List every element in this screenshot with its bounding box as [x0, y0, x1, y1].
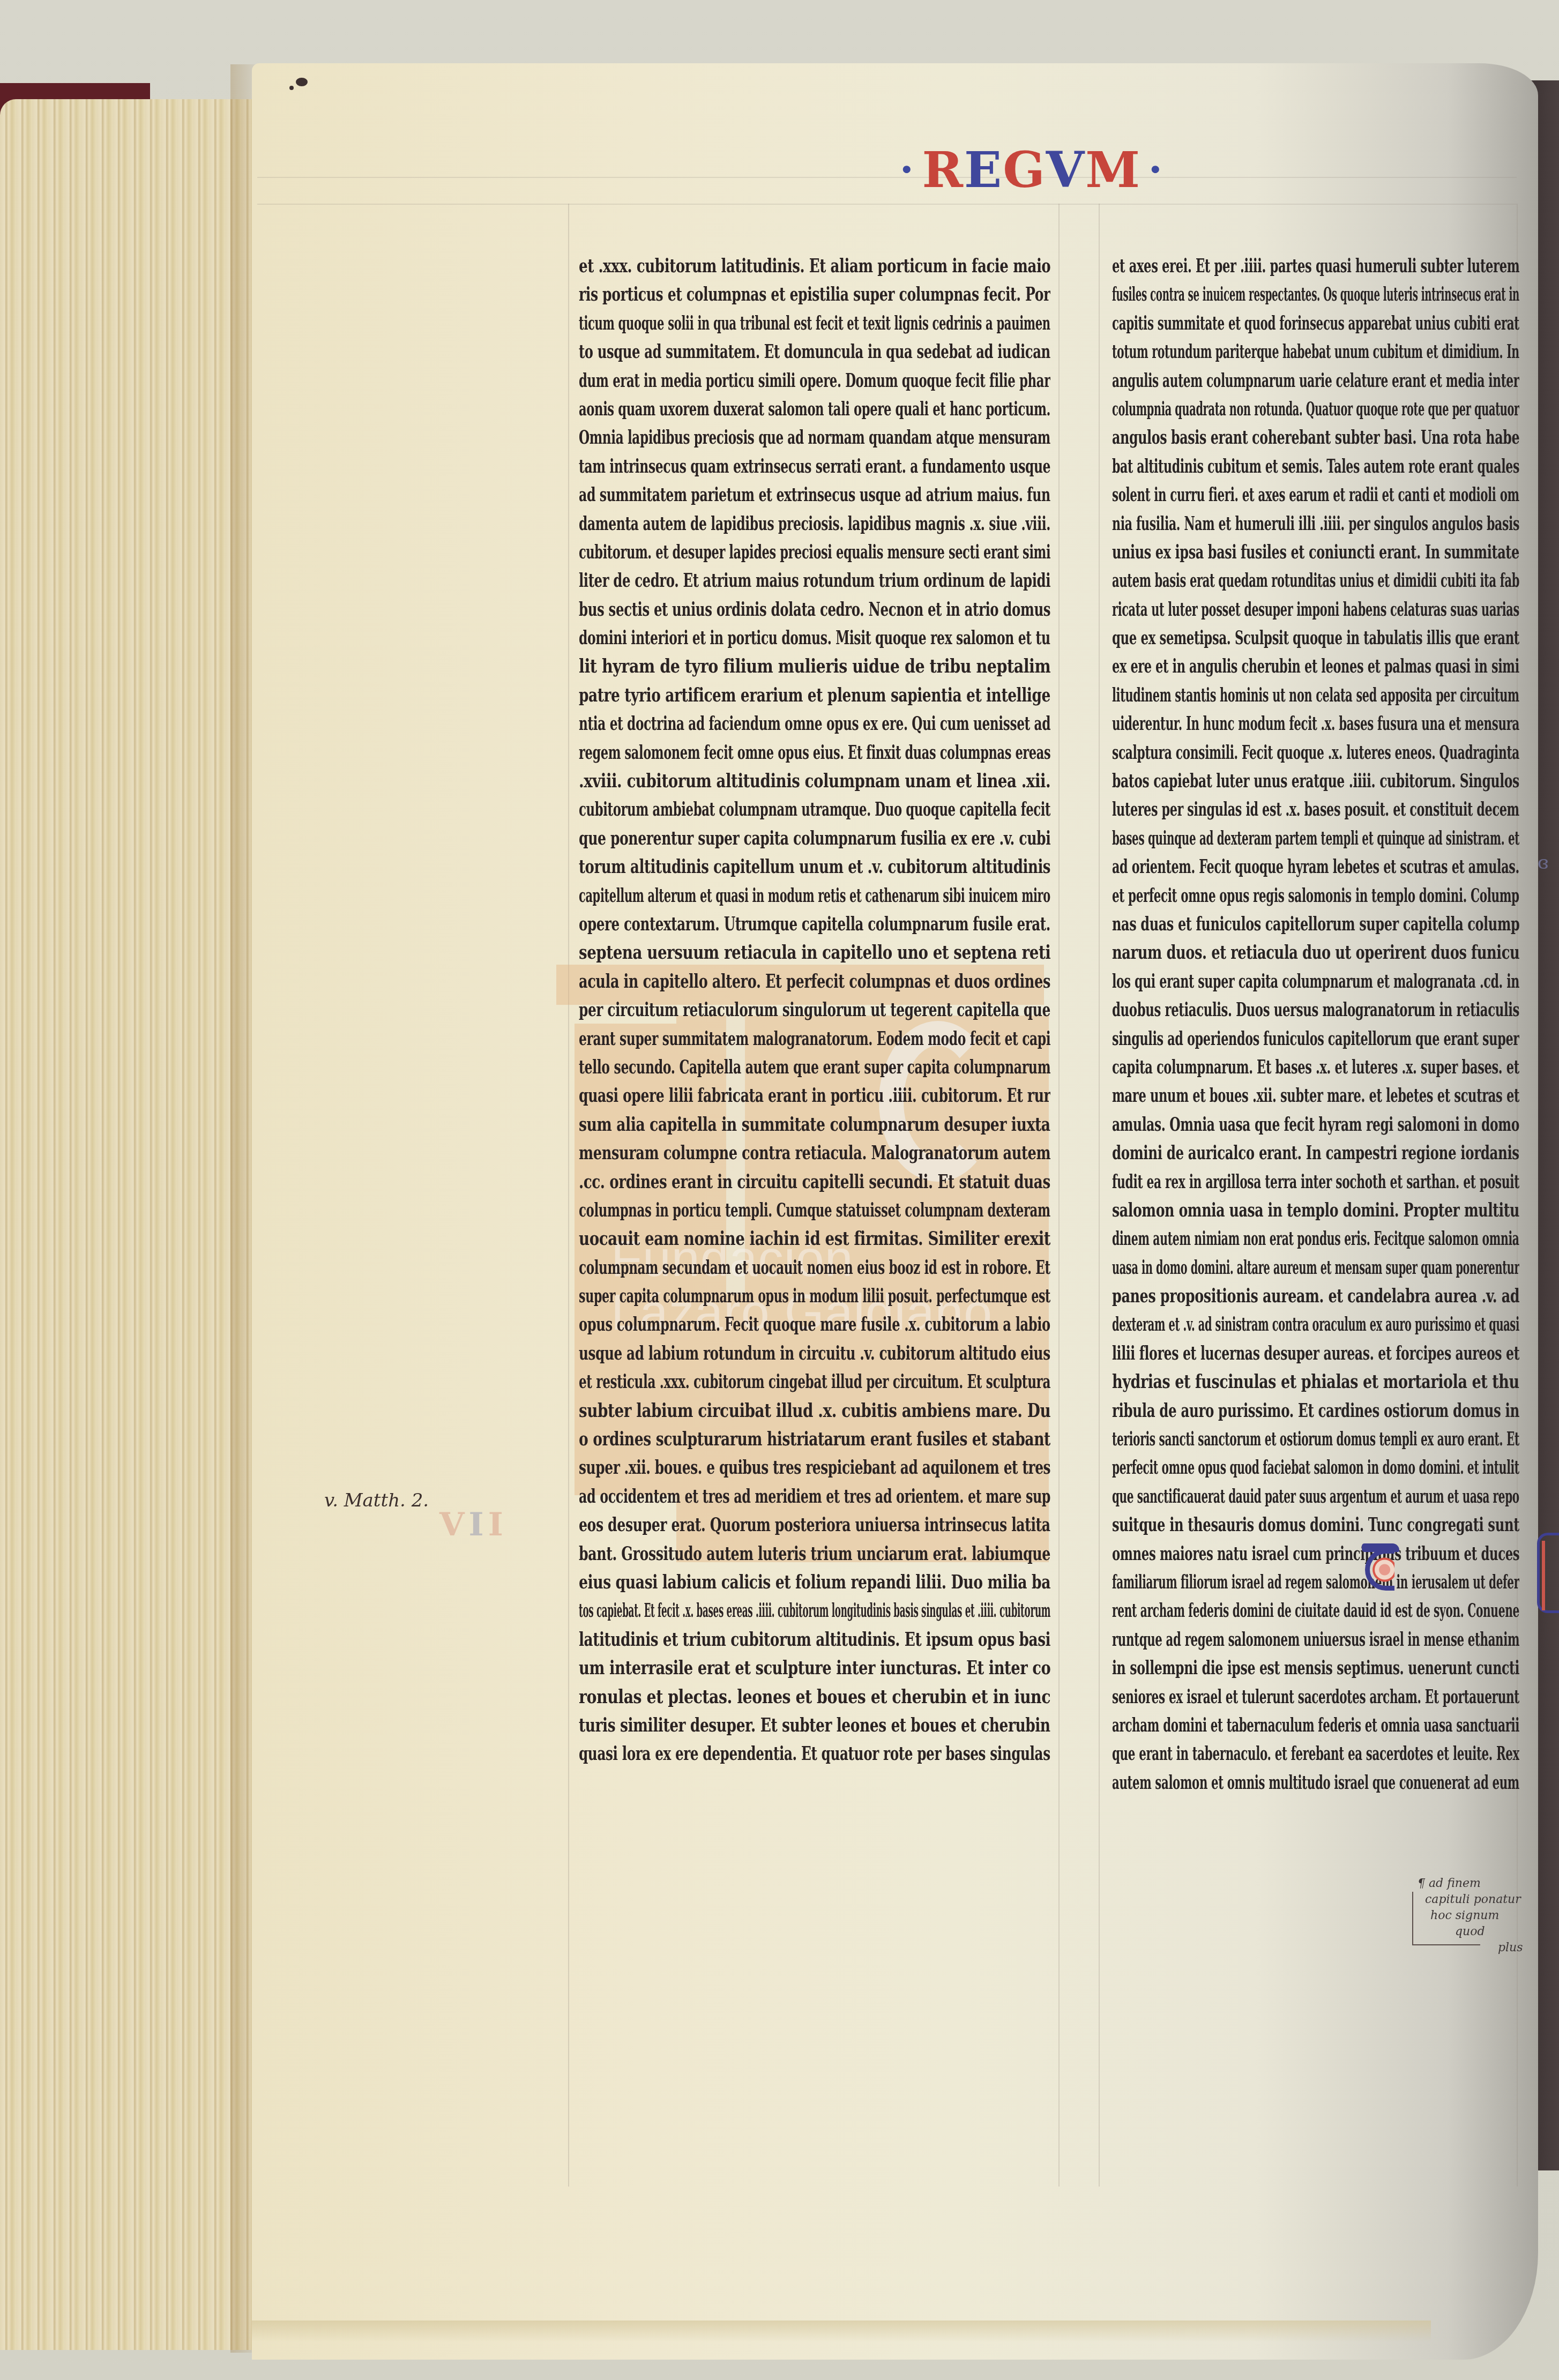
- manuscript-line: sum alia capitella in summitate columpna…: [579, 1110, 1050, 1139]
- manuscript-line: archam domini et tabernaculum federis et…: [1112, 1711, 1519, 1740]
- text-column-left: et .xxx. cubitorum latitudinis. Et aliam…: [579, 252, 1050, 1769]
- fore-edge-leaves: [0, 99, 252, 2350]
- manuscript-line: et .xxx. cubitorum latitudinis. Et aliam…: [579, 252, 1050, 280]
- manuscript-line: hydrias et fuscinulas et phialas et mort…: [1112, 1368, 1519, 1396]
- ruling-header-line: [257, 177, 1517, 178]
- manuscript-line: autem salomon et omnis multitudo israel …: [1112, 1769, 1519, 1797]
- manuscript-line: capita columpnarum. Et bases .x. et lute…: [1112, 1053, 1519, 1081]
- manuscript-line: fudit ea rex in argillosa terra inter so…: [1112, 1168, 1519, 1196]
- manuscript-line: duobus retiaculis. Duos uersus malograna…: [1112, 996, 1519, 1024]
- manuscript-line: eos desuper erat. Quorum posteriora uniu…: [579, 1511, 1050, 1539]
- manuscript-line: ad occidentem et tres ad meridiem et tre…: [579, 1482, 1050, 1511]
- manuscript-line: ronulas et plectas. leones et boues et c…: [579, 1683, 1050, 1711]
- manuscript-line: columpnam secundam et uocauit nomen eius…: [579, 1254, 1050, 1282]
- manuscript-line: mensuram columpne contra retiacula. Malo…: [579, 1139, 1050, 1167]
- manuscript-line: nia fusilia. Nam et humeruli illi .iiii.…: [1112, 510, 1519, 538]
- manuscript-line: et perfecit omne opus regis salomonis in…: [1112, 882, 1519, 910]
- manuscript-line: in sollempni die ipse est mensis septimu…: [1112, 1654, 1519, 1682]
- header-dot-left: •: [900, 158, 915, 183]
- manuscript-line: uasa in domo domini. altare aureum et me…: [1112, 1254, 1519, 1282]
- manuscript-line: subter labium circuibat illud .x. cubiti…: [579, 1397, 1050, 1425]
- manuscript-line: ex ere et in angulis cherubin et leones …: [1112, 652, 1519, 681]
- manuscript-line: um interrasile erat et sculpture inter i…: [579, 1654, 1050, 1682]
- ruling-left-outer: [568, 204, 569, 2187]
- manuscript-line: septena uersuum retiacula in capitello u…: [579, 938, 1050, 967]
- manuscript-line: runtque ad regem salomonem uniuersus isr…: [1112, 1625, 1519, 1654]
- manuscript-line: panes propositionis auream. et candelabr…: [1112, 1282, 1519, 1310]
- manuscript-line: singulis ad operiendos funiculos capitel…: [1112, 1025, 1519, 1053]
- manuscript-line: et resticula .xxx. cubitorum cingebat il…: [579, 1368, 1050, 1396]
- manuscript-line: omnes maiores natu israel cum principibu…: [1112, 1540, 1519, 1568]
- ink-stain-mark: [296, 78, 308, 86]
- manuscript-line: et axes erei. Et per .iiii. partes quasi…: [1112, 252, 1519, 280]
- manuscript-line: ad summitatem parietum et extrinsecus us…: [579, 481, 1050, 509]
- manuscript-line: perfecit omne opus quod faciebat salomon…: [1112, 1453, 1519, 1482]
- manuscript-line: columpnas in porticu templi. Cumque stat…: [579, 1196, 1050, 1225]
- manuscript-line: quasi lora ex ere dependentia. Et quatuo…: [579, 1740, 1050, 1768]
- text-column-right: et axes erei. Et per .iiii. partes quasi…: [1112, 252, 1519, 1797]
- margin-mark-right: ɞ: [1534, 852, 1549, 874]
- manuscript-line: usque ad labium rotundum in circuitu .v.…: [579, 1339, 1050, 1368]
- manuscript-line: angulis autem columpnarum uarie celature…: [1112, 367, 1519, 395]
- header-letter: E: [964, 141, 1003, 199]
- manuscript-line: solent in curru fieri. et axes earum et …: [1112, 481, 1519, 509]
- manuscript-line: narum duos. et retiacula duo ut operiren…: [1112, 938, 1519, 967]
- manuscript-line: damenta autem de lapidibus preciosis. la…: [579, 510, 1050, 538]
- manuscript-line: latitudinis et trium cubitorum altitudin…: [579, 1625, 1050, 1654]
- manuscript-line: los qui erant super capita columpnarum e…: [1112, 967, 1519, 996]
- manuscript-line: suitque in thesauris domus domini. Tunc …: [1112, 1511, 1519, 1539]
- manuscript-line: bant. Grossitudo autem luteris trium unc…: [579, 1540, 1050, 1568]
- manuscript-line: cubitorum. et desuper lapides preciosi e…: [579, 538, 1050, 566]
- manuscript-line: capitellum alterum et quasi in modum ret…: [579, 882, 1050, 910]
- manuscript-line: autem basis erat quedam rotunditas unius…: [1112, 566, 1519, 595]
- manuscript-line: amulas. Omnia uasa que fecit hyram regi …: [1112, 1110, 1519, 1139]
- manuscript-line: ribula de auro purissimo. Et cardines os…: [1112, 1397, 1519, 1425]
- note-line: ¶ ad finem: [1418, 1876, 1535, 1892]
- manuscript-line: super capita columpnarum opus in modum l…: [579, 1282, 1050, 1310]
- header-letter: G: [1003, 141, 1046, 199]
- manuscript-line: luteres per singulas id est .x. bases po…: [1112, 795, 1519, 824]
- manuscript-line: tos capiebat. Et fecit .x. bases ereas .…: [579, 1596, 1050, 1625]
- manuscript-line: opus columpnarum. Fecit quoque mare fusi…: [579, 1310, 1050, 1339]
- ruling-left-inner: [1058, 204, 1060, 2187]
- manuscript-line: litudinem stantis hominis ut non celata …: [1112, 681, 1519, 710]
- decorated-initial-t: [1362, 1543, 1394, 1581]
- manuscript-line: erant super summitatem malogranatorum. E…: [579, 1025, 1050, 1053]
- manuscript-line: acula in capitello altero. Et perfecit c…: [579, 967, 1050, 996]
- manuscript-line: nas duas et funiculos capitellorum super…: [1112, 910, 1519, 938]
- header-letter: M: [1085, 141, 1141, 199]
- manuscript-line: unius ex ipsa basi fusiles et coniuncti …: [1112, 538, 1519, 566]
- manuscript-line: que ex semetipsa. Sculpsit quoque in tab…: [1112, 624, 1519, 652]
- manuscript-line: aonis quam uxorem duxerat salomon tali o…: [579, 395, 1050, 423]
- manuscript-line: .cc. ordines erant in circuitu capitelli…: [579, 1168, 1050, 1196]
- manuscript-line: per circuitum retiaculorum singulorum ut…: [579, 996, 1050, 1024]
- manuscript-line: eius quasi labium calicis et folium repa…: [579, 1568, 1050, 1596]
- manuscript-line: tello secundo. Capitella autem que erant…: [579, 1053, 1050, 1081]
- header-dot-right: •: [1148, 158, 1163, 183]
- manuscript-line: totum rotundum pariterque habebat unum c…: [1112, 338, 1519, 366]
- header-letter: R: [922, 141, 964, 199]
- chapter-number-faint: VII: [439, 1506, 508, 1543]
- manuscript-line: opere contextarum. Utrumque capitella co…: [579, 910, 1050, 938]
- manuscript-line: Omnia lapidibus preciosis que ad normam …: [579, 423, 1050, 452]
- manuscript-line: to usque ad summitatem. Et domuncula in …: [579, 338, 1050, 366]
- manuscript-line: que sanctificauerat dauid pater suus arg…: [1112, 1482, 1519, 1511]
- ruling-header-line-2: [257, 204, 1517, 205]
- manuscript-line: salomon omnia uasa in templo domini. Pro…: [1112, 1196, 1519, 1225]
- manuscript-line: terioris sancti sanctorum et ostiorum do…: [1112, 1425, 1519, 1453]
- manuscript-line: quasi opere lilii fabricata erant in por…: [579, 1081, 1050, 1110]
- manuscript-line: liter de cedro. Et atrium maius rotundum…: [579, 566, 1050, 595]
- manuscript-line: o ordines sculpturarum histriatarum eran…: [579, 1425, 1050, 1453]
- manuscript-line: ad orientem. Fecit quoque hyram lebetes …: [1112, 853, 1519, 881]
- note-bracket: [1412, 1892, 1480, 1945]
- manuscript-line: rent archam federis domini de ciuitate d…: [1112, 1596, 1519, 1625]
- manuscript-line: columpnia quadrata non rotunda. Quatuor …: [1112, 395, 1519, 423]
- manuscript-line: cubitorum ambiebat columpnam utramque. D…: [579, 795, 1050, 824]
- manuscript-line: patre tyrio artificem erarium et plenum …: [579, 681, 1050, 710]
- manuscript-line: bases quinque ad dexteram partem templi …: [1112, 824, 1519, 853]
- manuscript-line: dum erat in media porticu simili opere. …: [579, 367, 1050, 395]
- manuscript-line: capitis summitate et quod forinsecus app…: [1112, 309, 1519, 338]
- manuscript-line: bat altitudinis cubitum et semis. Tales …: [1112, 452, 1519, 481]
- manuscript-line: dexteram et .v. ad sinistram contra orac…: [1112, 1310, 1519, 1339]
- manuscript-line: ricata ut luter posset desuper imponi ha…: [1112, 595, 1519, 624]
- manuscript-line: seniores ex israel et tulerunt sacerdote…: [1112, 1683, 1519, 1711]
- header-letter: V: [1046, 141, 1085, 199]
- manuscript-line: angulos basis erant coherebant subter ba…: [1112, 423, 1519, 452]
- manuscript-line: .xviii. cubitorum altitudinis columpnam …: [579, 767, 1050, 795]
- ruling-right-outer: [1099, 204, 1100, 2187]
- manuscript-line: ticum quoque solii in qua tribunal est f…: [579, 309, 1050, 338]
- manuscript-line: tam intrinsecus quam extrinsecus serrati…: [579, 452, 1050, 481]
- manuscript-line: domini de auricalco erant. In campestri …: [1112, 1139, 1519, 1167]
- manuscript-line: familiarum filiorum israel ad regem salo…: [1112, 1568, 1519, 1596]
- manuscript-line: lit hyram de tyro filium mulieris uidue …: [579, 652, 1050, 681]
- manuscript-line: dinem autem nimiam non erat pondus eris.…: [1112, 1225, 1519, 1253]
- manuscript-line: torum altitudinis capitellum unum et .v.…: [579, 853, 1050, 881]
- ink-stain-dot: [289, 86, 294, 90]
- manuscript-line: mare unum et boues .xii. subter mare. et…: [1112, 1081, 1519, 1110]
- manuscript-line: fusiles contra se inuicem respectantes. …: [1112, 280, 1519, 309]
- manuscript-line: domini interiori et in porticu domus. Mi…: [579, 624, 1050, 652]
- manuscript-line: regem salomonem fecit omne opus eius. Et…: [579, 738, 1050, 767]
- manuscript-line: batos capiebat luter unus eratque .iiii.…: [1112, 767, 1519, 795]
- manuscript-line: lilii flores et lucernas desuper aureas.…: [1112, 1339, 1519, 1368]
- manuscript-line: ntia et doctrina ad faciendum omne opus …: [579, 710, 1050, 738]
- manuscript-line: que ponerentur super capita columpnarum …: [579, 824, 1050, 853]
- manuscript-line: ris porticus et columpnas et epistilia s…: [579, 280, 1050, 309]
- manuscript-line: uocauit eam nomine iachin id est firmita…: [579, 1225, 1050, 1253]
- manuscript-line: bus sectis et unius ordinis dolata cedro…: [579, 595, 1050, 624]
- manuscript-line: uiderentur. In hunc modum fecit .x. base…: [1112, 710, 1519, 738]
- margin-note-matthew: v. Matth. 2.: [324, 1490, 429, 1511]
- initial-pen-flourish: [1537, 1533, 1559, 1613]
- manuscript-line: turis similiter desuper. Et subter leone…: [579, 1711, 1050, 1740]
- folio-bottom-edge: [252, 2321, 1431, 2342]
- manuscript-line: super .xii. boues. e quibus tres respici…: [579, 1453, 1050, 1482]
- running-header-regum: • R E G V M •: [892, 140, 1171, 199]
- manuscript-line: scalptura consimili. Fecit quoque .x. lu…: [1112, 738, 1519, 767]
- manuscript-line: que erant in tabernaculo. et ferebant ea…: [1112, 1740, 1519, 1768]
- margin-note-bottom-right: ¶ ad finem capituli ponatur hoc signum q…: [1418, 1876, 1535, 1956]
